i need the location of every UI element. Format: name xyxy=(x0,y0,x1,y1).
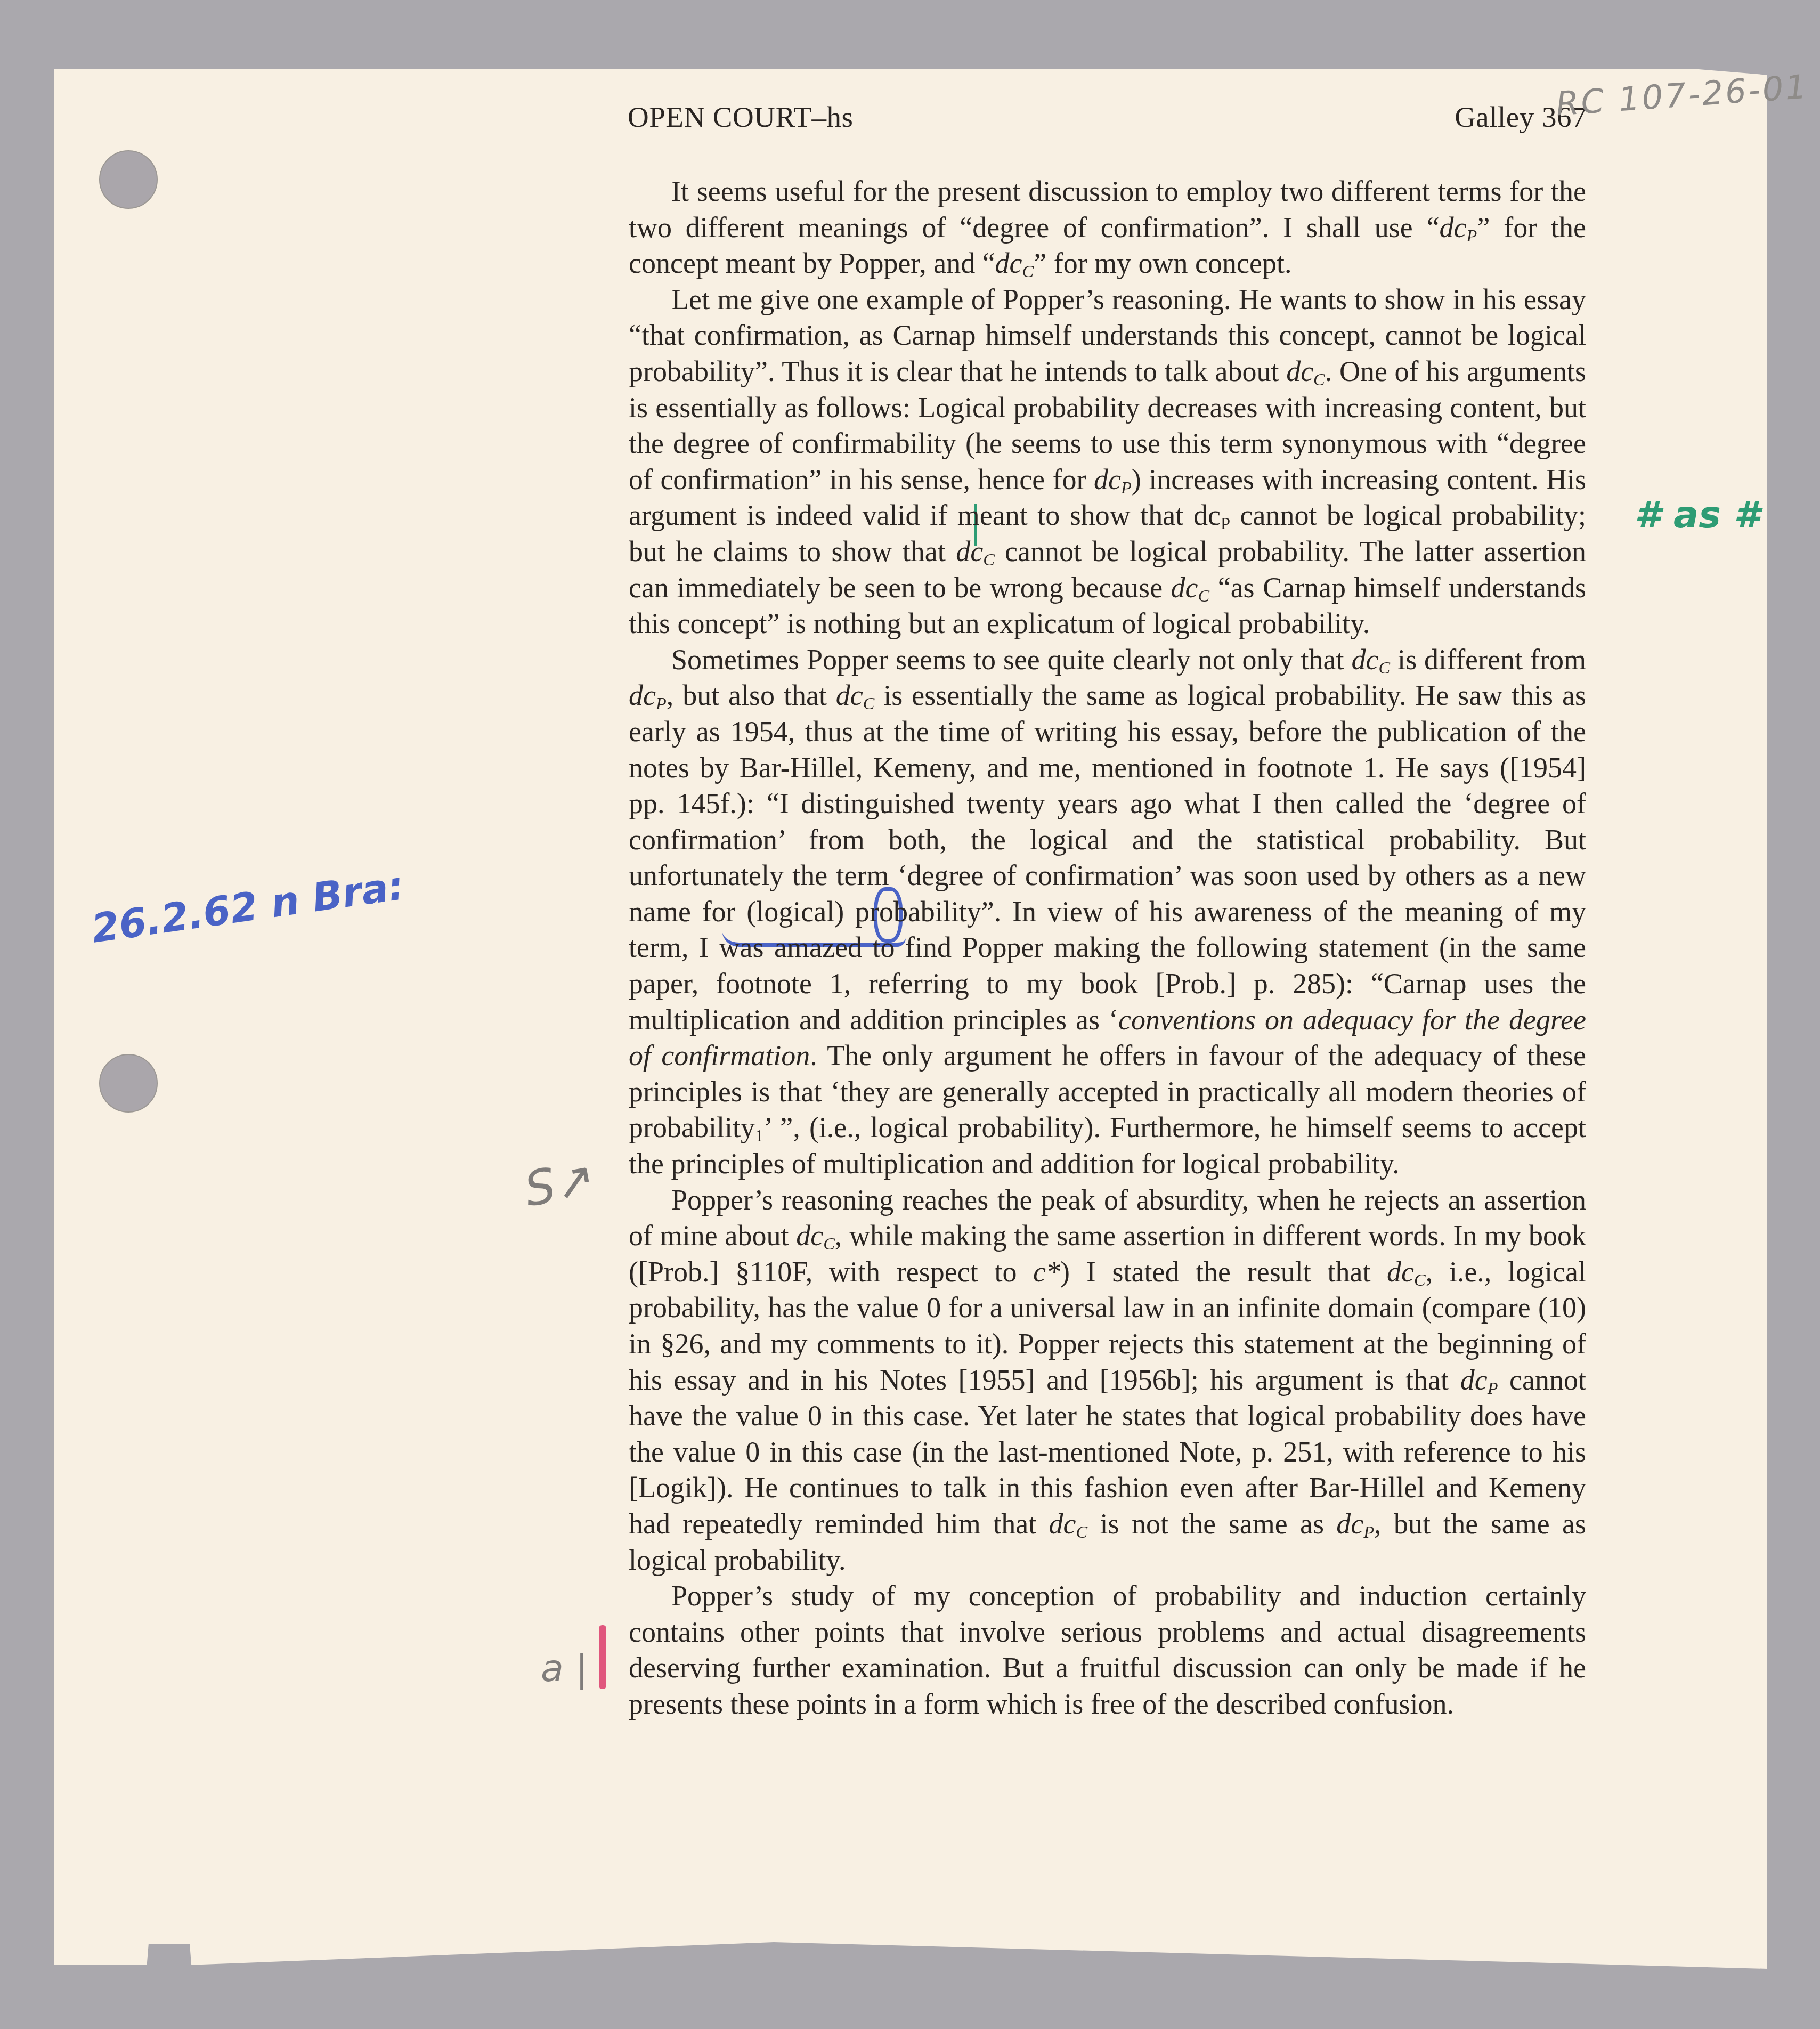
paragraph-5: Popper’s study of my conception of proba… xyxy=(629,1578,1586,1722)
punch-hole-bottom xyxy=(99,1054,158,1113)
punch-hole-top xyxy=(99,150,158,209)
paragraph-1: It seems useful for the present discussi… xyxy=(629,174,1586,282)
galley-body: It seems useful for the present discussi… xyxy=(629,174,1586,1723)
paragraph-3: Sometimes Popper seems to see quite clea… xyxy=(629,642,1586,1182)
publisher-slug: OPEN COURT–hs xyxy=(628,100,853,134)
paragraph-2: Let me give one example of Popper’s reas… xyxy=(629,282,1586,642)
paragraph-4: Popper’s reasoning reaches the peak of a… xyxy=(629,1182,1586,1579)
pencil-a-mark: a | xyxy=(541,1646,588,1690)
green-margin-note: # as # xyxy=(1635,493,1760,537)
pink-margin-bar xyxy=(599,1625,606,1689)
